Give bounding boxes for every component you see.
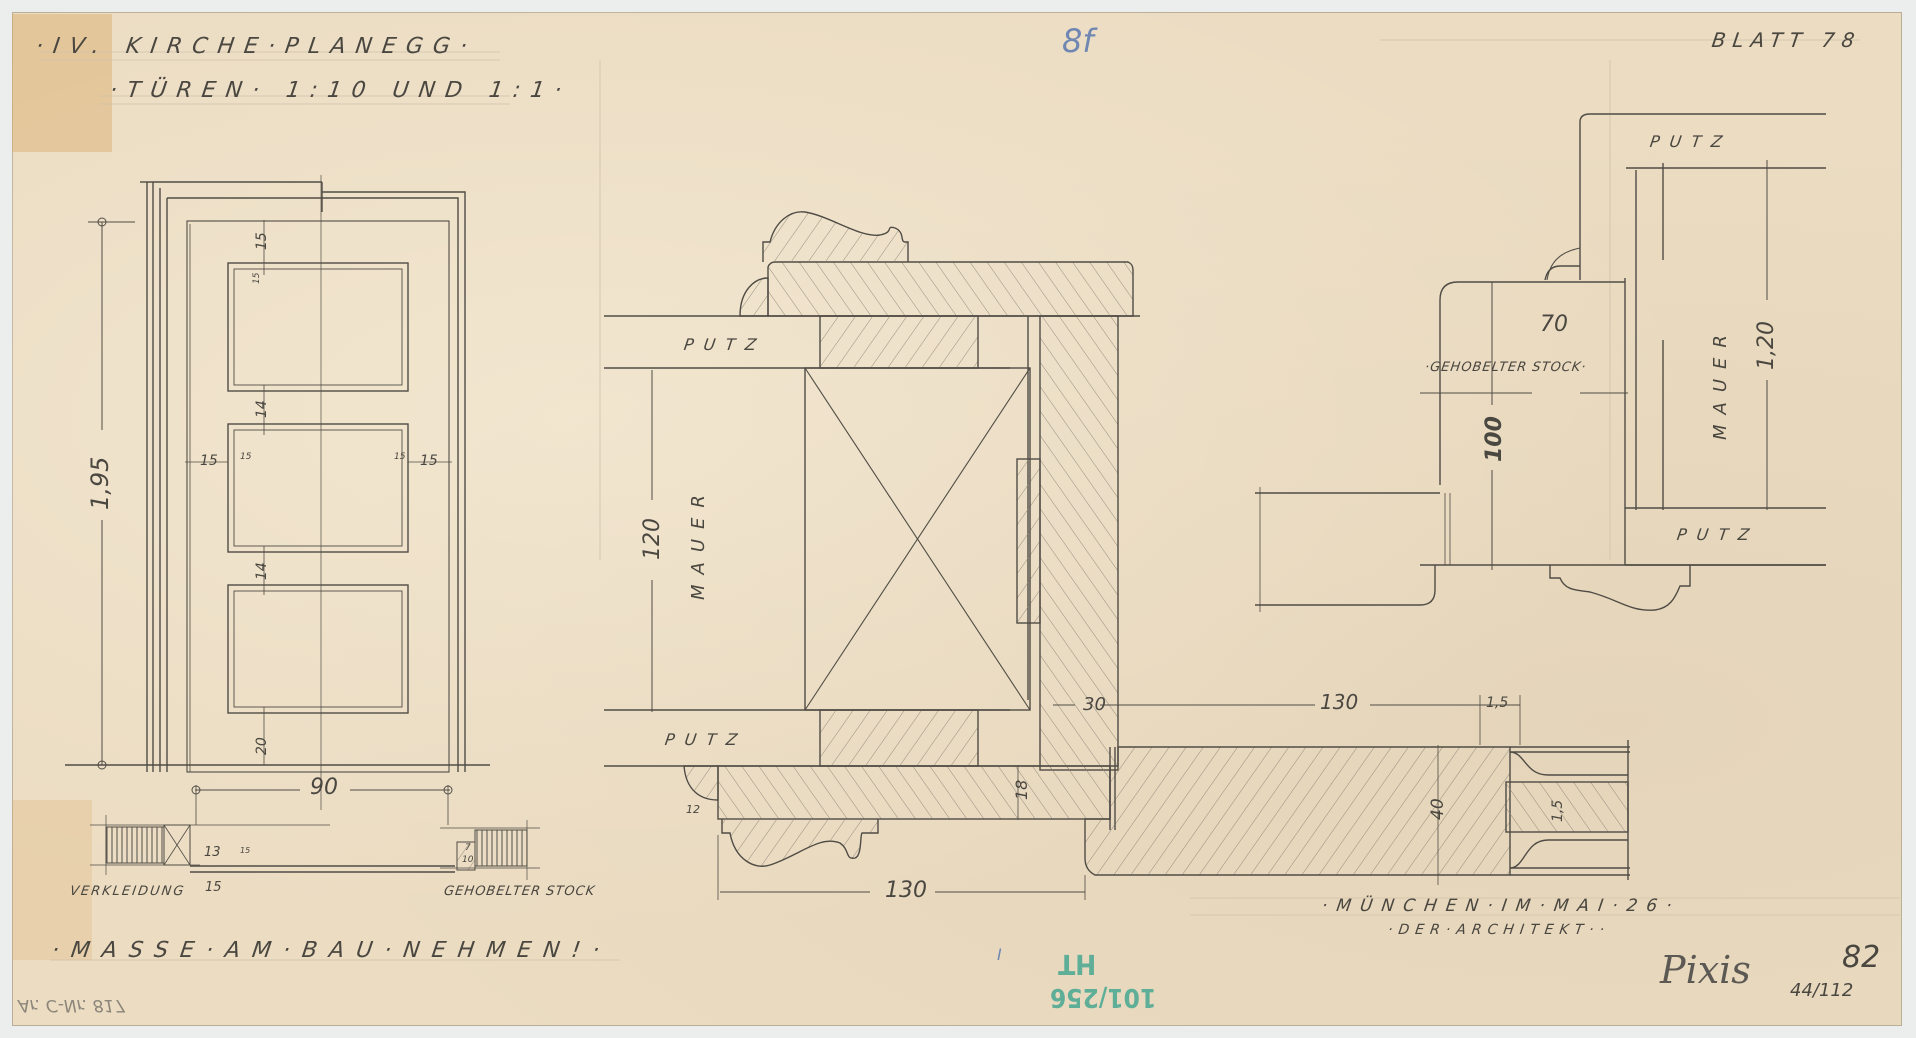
pencil-page-number: 8f	[1062, 22, 1094, 60]
frame-stock-label: ·GEHOBELTER STOCK·	[1424, 360, 1588, 375]
putz-label-bottom: PUTZ	[664, 730, 749, 749]
top-rail-dim: 15	[254, 232, 270, 250]
stile-right-dim: 15	[420, 453, 438, 469]
sheet-number-label: BLATT 78	[1710, 28, 1863, 52]
frame-dim-100: 100	[1482, 416, 1507, 462]
frame-dim-120: 1,20	[1754, 321, 1779, 370]
frame-dim-70: 70	[1540, 312, 1568, 337]
mid-rail-1-dim: 14	[254, 400, 270, 418]
note-take-measurements: ·MASSE·AM·BAU·NEHMEN!·	[50, 938, 613, 963]
architrave-dim-18: 18	[1012, 780, 1031, 800]
plan-dim-15-small: 15	[240, 846, 250, 855]
gehobelter-stock-label: GEHOBELTER STOCK	[443, 884, 596, 899]
frame-putz-bottom: PUTZ	[1676, 525, 1761, 544]
frame-dim-30: 30	[1083, 694, 1106, 715]
small-blue-mark: I	[997, 945, 1002, 964]
stamp-letters: HT	[1058, 948, 1096, 981]
archive-number-bottom: 44/112	[1790, 980, 1853, 1001]
stamp-number: 101/256	[1050, 982, 1156, 1012]
top-panel-moulding-dim: 15	[252, 273, 262, 284]
tongue-dim-1-5: 1,5	[1486, 695, 1508, 711]
stile-left-dim: 15	[200, 453, 218, 469]
plan-dim-15: 15	[205, 880, 222, 895]
door-width-dim: 90	[310, 775, 338, 800]
board-dim-40: 40	[1428, 798, 1448, 820]
door-elevation	[65, 175, 490, 825]
stile-right-moulding-dim: 15	[394, 452, 405, 462]
frame-mauer-label: MAUER	[1710, 325, 1731, 440]
plan-dim-13: 13	[204, 845, 221, 860]
stile-left-moulding-dim: 15	[240, 452, 251, 462]
technical-drawing	[0, 0, 1916, 1038]
plan-dim-10: 10	[462, 855, 473, 865]
frame-putz-top: PUTZ	[1649, 132, 1734, 151]
putz-label-top: PUTZ	[683, 335, 768, 354]
inventory-number-mirrored: Ar. C-Nr. 817	[18, 995, 125, 1015]
architect-label: ·DER·ARCHITEKT··	[1387, 922, 1611, 938]
board-dim-130-upper: 130	[1320, 690, 1358, 714]
wall-dim-120: 120	[640, 518, 665, 560]
architrave-dim-130: 130	[885, 878, 927, 903]
title-project: ·IV. KIRCHE·PLANEGG·	[34, 34, 479, 59]
section-detail	[604, 212, 1630, 900]
title-doors-scale: ·TÜREN· 1:10 UND 1:1·	[108, 78, 573, 103]
mauer-label: MAUER	[688, 485, 709, 600]
plan-dim-7: 7	[465, 843, 471, 853]
bottom-rail-dim: 20	[254, 737, 270, 755]
door-height-dim: 1,95	[86, 457, 114, 510]
place-date-label: ·MÜNCHEN·IM·MAI·26·	[1321, 896, 1682, 916]
archive-number-top: 82	[1842, 940, 1880, 975]
architrave-dim-12: 12	[686, 803, 700, 816]
door-plan	[90, 815, 540, 880]
architect-signature: Pixis	[1660, 948, 1751, 992]
verkleidung-label: VERKLEIDUNG	[69, 884, 186, 899]
tongue-dim-1-5-vertical: 1,5	[1550, 800, 1566, 822]
mid-rail-2-dim: 14	[254, 562, 270, 580]
